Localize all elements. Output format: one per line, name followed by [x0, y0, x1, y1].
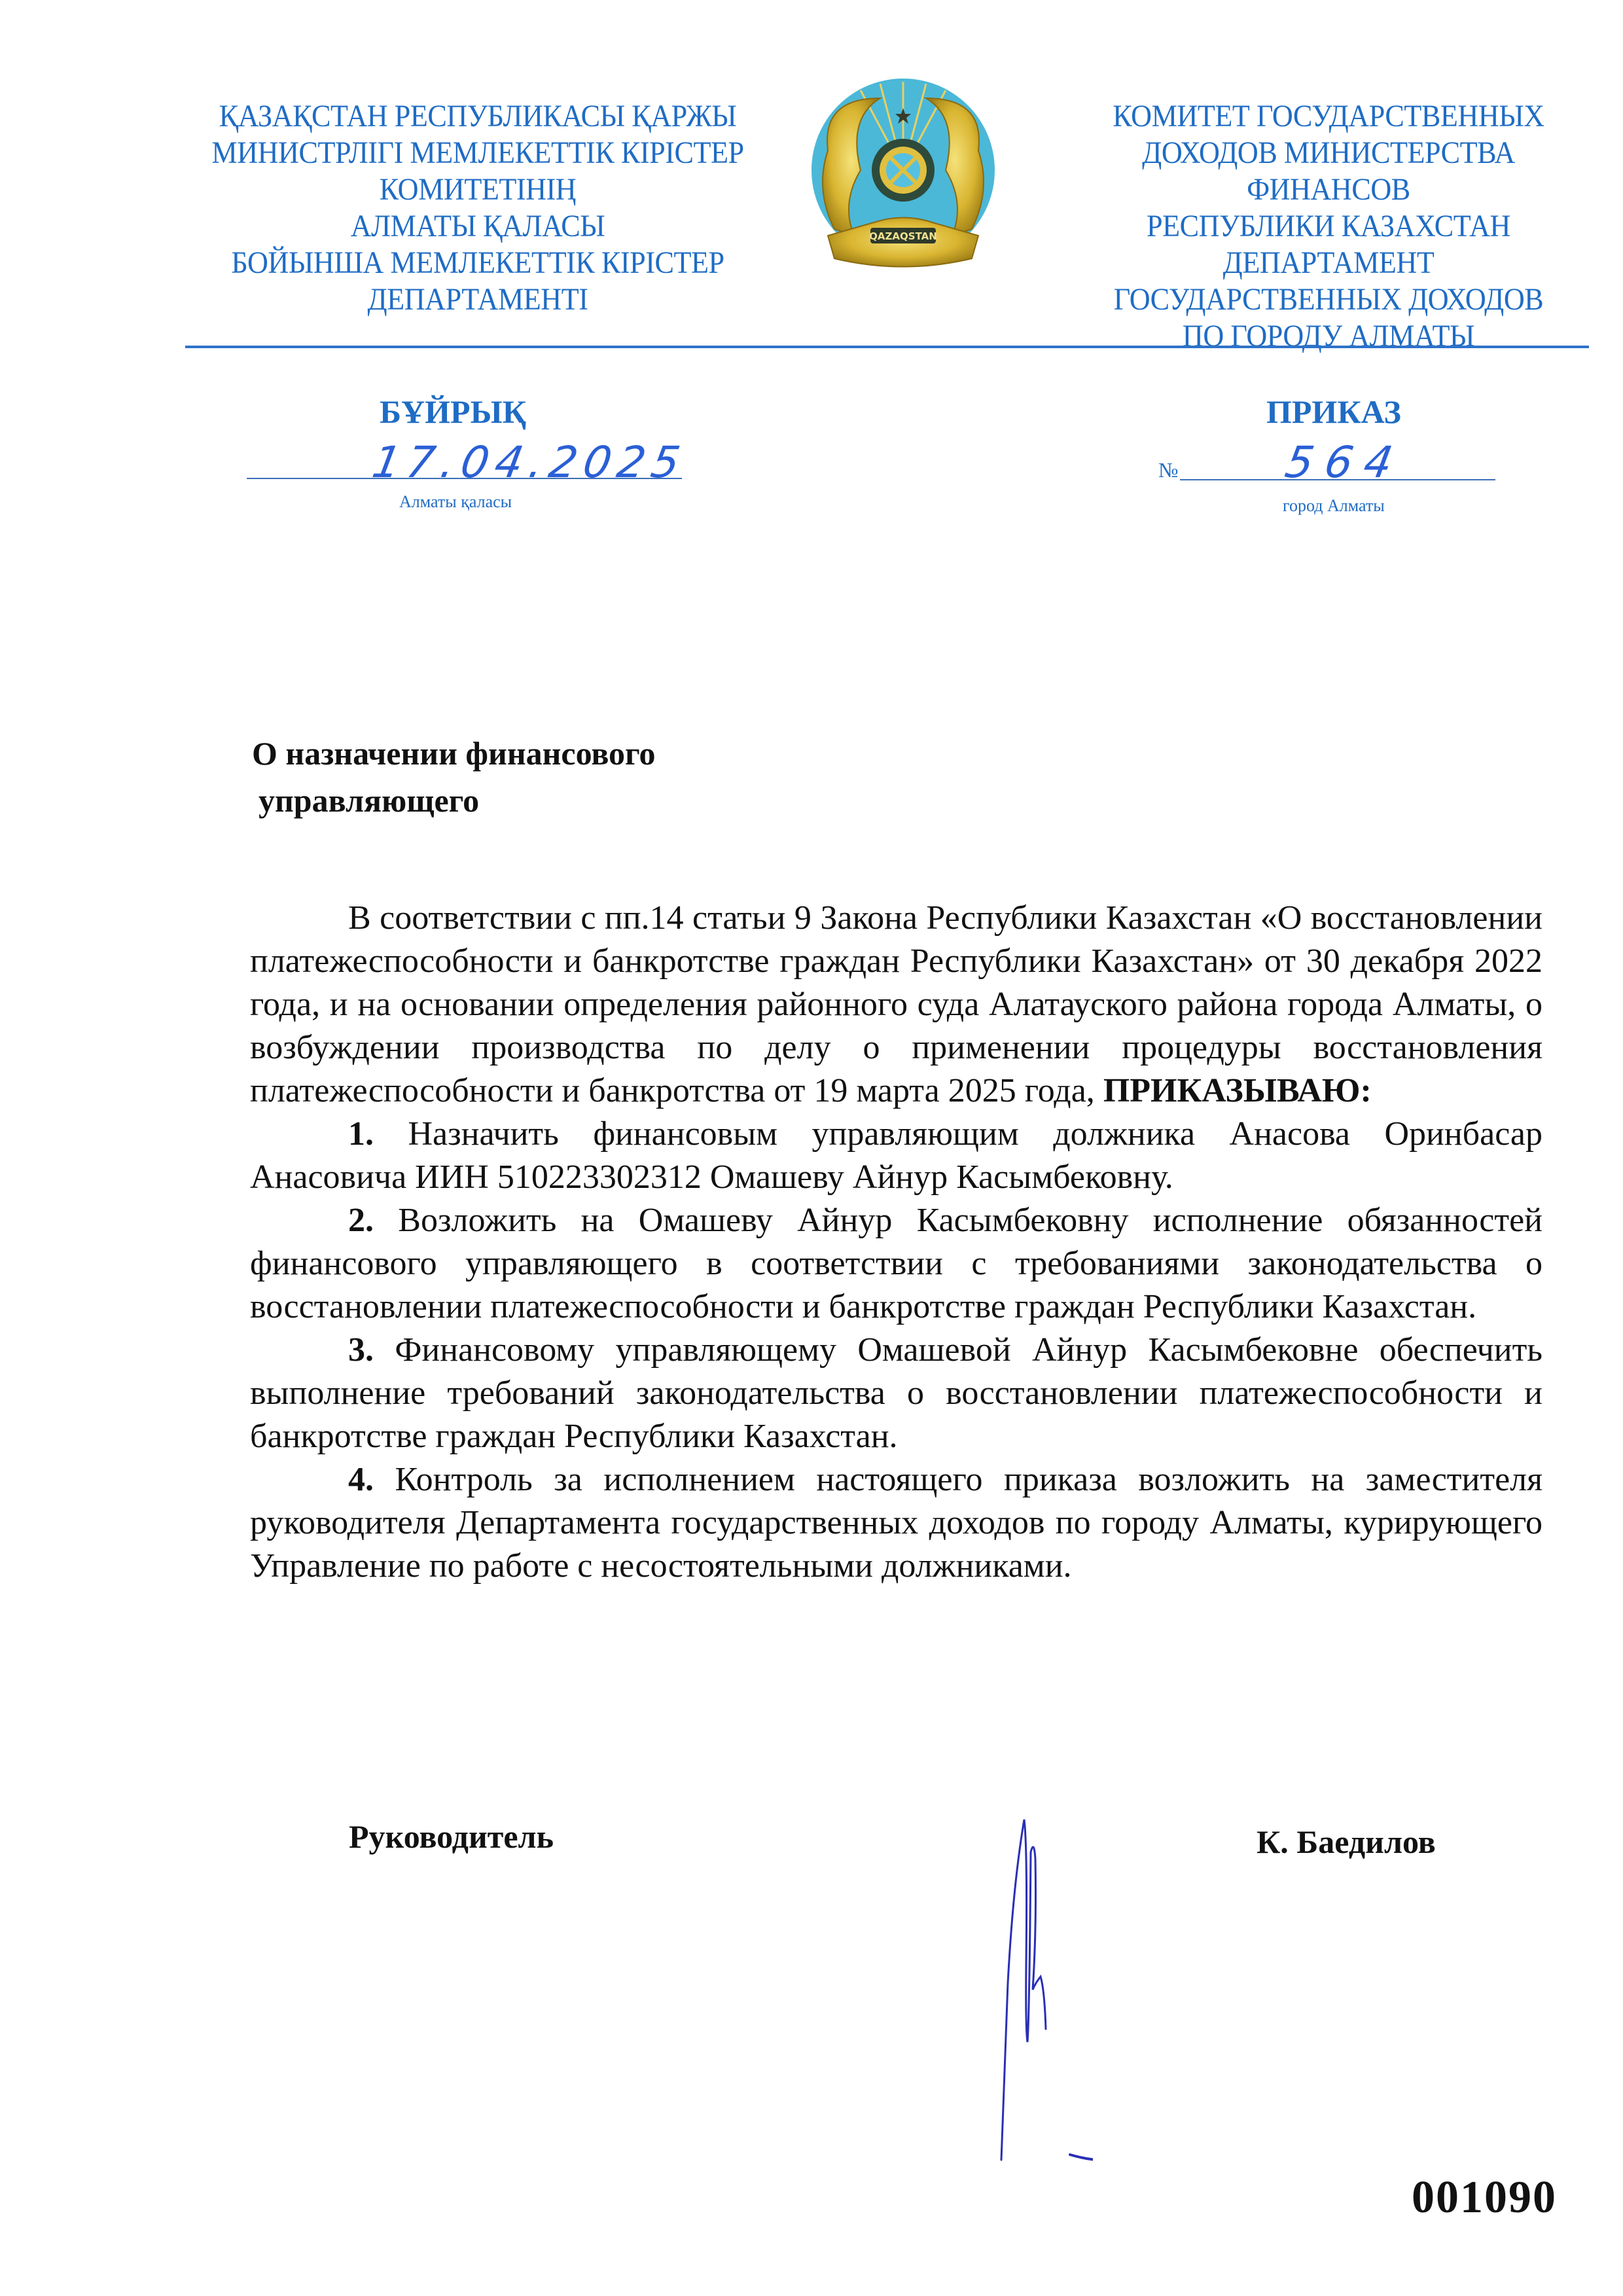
number-sign: № [1158, 458, 1179, 482]
item-number: 4. [348, 1461, 374, 1498]
order-item: 4. Контроль за исполнением настоящего пр… [250, 1458, 1543, 1588]
item-text: Финансовому управляющему Омашевой Айнур … [250, 1331, 1543, 1455]
header-kazakh-org-name: ҚАЗАҚСТАН РЕСПУБЛИКАСЫ ҚАРЖЫ МИНИСТРЛІГІ… [207, 98, 749, 318]
order-title-kz: БҰЙРЫҚ [380, 393, 526, 431]
subject-line: О назначении финансового [252, 730, 656, 777]
svg-text:QAZAQSTAN: QAZAQSTAN [869, 230, 937, 242]
order-date-handwritten: 17.04.2025 [368, 437, 690, 488]
header-ru-line: ПО ГОРОДУ АЛМАТЫ [1058, 318, 1599, 355]
number-underline [1180, 479, 1495, 480]
order-word: ПРИКАЗЫВАЮ: [1103, 1072, 1372, 1109]
order-title-ru: ПРИКАЗ [1266, 393, 1401, 431]
document-serial-number: 001090 [1412, 2172, 1557, 2224]
item-number: 1. [348, 1115, 374, 1153]
header-ru-line: РЕСПУБЛИКИ КАЗАХСТАН [1058, 208, 1599, 245]
city-ru: город Алматы [1283, 496, 1385, 516]
order-item: 3. Финансовому управляющему Омашевой Айн… [250, 1329, 1543, 1458]
date-underline [247, 478, 682, 479]
order-subject: О назначении финансового управляющего [252, 730, 656, 824]
header-divider [185, 346, 1589, 348]
item-number: 2. [348, 1202, 374, 1239]
header-ru-line: ГОСУДАРСТВЕННЫХ ДОХОДОВ [1058, 281, 1599, 318]
order-item: 1. Назначить финансовым управляющим долж… [250, 1113, 1543, 1199]
header-kz-line: БОЙЫНША МЕМЛЕКЕТТІК КІРІСТЕР [207, 245, 749, 281]
signatory-name: К. Баедилов [1257, 1823, 1436, 1861]
item-text: Возложить на Омашеву Айнур Касымбековну … [250, 1202, 1543, 1325]
header-russian-org-name: КОМИТЕТ ГОСУДАРСТВЕННЫХ ДОХОДОВ МИНИСТЕР… [1058, 98, 1599, 355]
item-text: Контроль за исполнением настоящего прика… [250, 1461, 1543, 1585]
preamble-paragraph: В соответствии с пп.14 статьи 9 Закона Р… [250, 897, 1543, 1113]
subject-line: управляющего [252, 777, 656, 824]
header-ru-line: КОМИТЕТ ГОСУДАРСТВЕННЫХ [1058, 98, 1599, 135]
header-kz-line: ҚАЗАҚСТАН РЕСПУБЛИКАСЫ ҚАРЖЫ [207, 98, 749, 135]
city-kz: Алматы қаласы [399, 492, 512, 512]
header-ru-line: ДЕПАРТАМЕНТ [1058, 245, 1599, 281]
order-item: 2. Возложить на Омашеву Айнур Касымбеков… [250, 1199, 1543, 1329]
header-ru-line: ДОХОДОВ МИНИСТЕРСТВА ФИНАНСОВ [1058, 135, 1599, 208]
handwritten-signature-icon [962, 1767, 1093, 2173]
header-kz-line: КОМИТЕТІНІҢ [207, 171, 749, 208]
signatory-title: Руководитель [349, 1818, 554, 1856]
header-kz-line: МИНИСТРЛІГІ МЕМЛЕКЕТТІК КІРІСТЕР [207, 135, 749, 171]
header-kz-line: ДЕПАРТАМЕНТІ [207, 281, 749, 318]
state-emblem-icon: QAZAQSTAN [802, 72, 1005, 281]
header-kz-line: АЛМАТЫ ҚАЛАСЫ [207, 208, 749, 245]
order-body: В соответствии с пп.14 статьи 9 Закона Р… [250, 897, 1543, 1588]
item-text: Назначить финансовым управляющим должник… [250, 1115, 1543, 1196]
item-number: 3. [348, 1331, 374, 1369]
